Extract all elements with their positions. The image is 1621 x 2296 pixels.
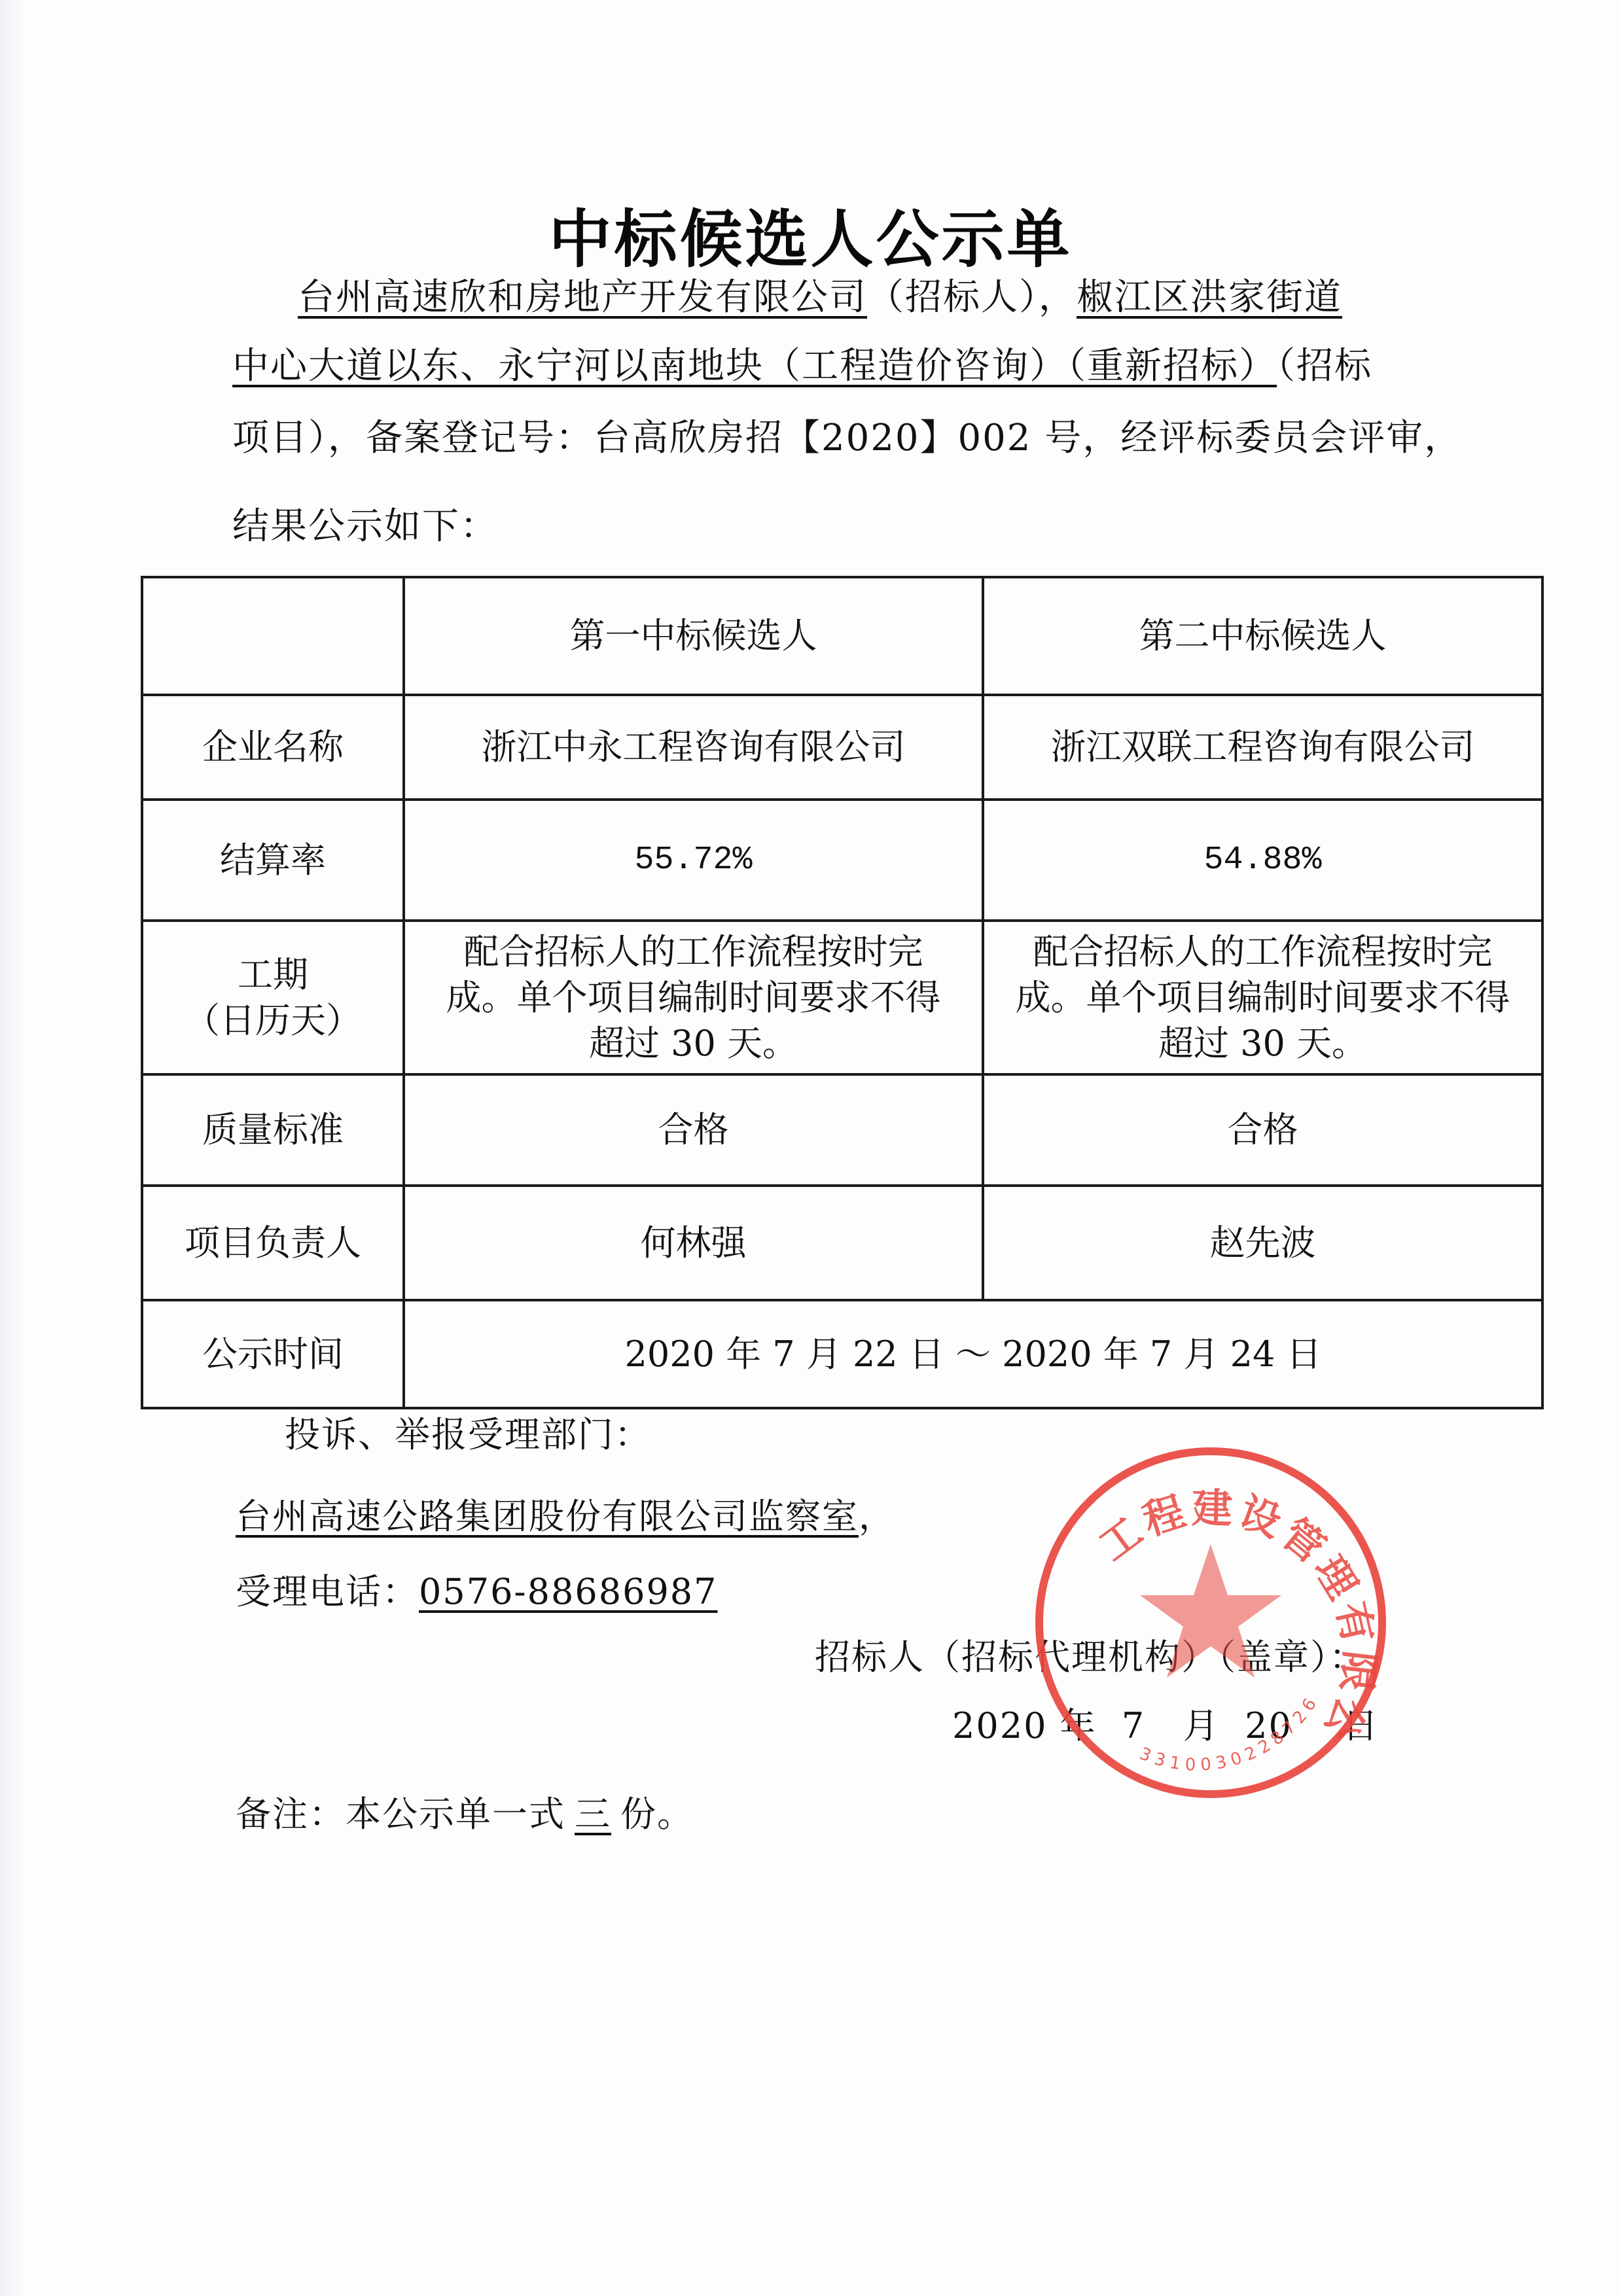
first-duration: 配合招标人的工作流程按时完 成。单个项目编制时间要求不得 超过 30 天。 [404, 921, 983, 1074]
header-empty-cell [142, 577, 404, 695]
second-duration-line2: 成。单个项目编制时间要求不得 [997, 975, 1528, 1021]
second-company-name: 浙江双联工程咨询有限公司 [983, 695, 1542, 800]
first-quality: 合格 [404, 1074, 983, 1186]
duration-label-line1: 工期 [156, 952, 389, 998]
candidates-table: 第一中标候选人 第二中标候选人 企业名称 浙江中永工程咨询有限公司 浙江双联工程… [141, 576, 1544, 1409]
phone-label: 受理电话： [236, 1571, 419, 1612]
intro-line-2: 中心大道以东、永宁河以南地块（工程造价咨询）（重新招标）（招标 [232, 344, 1372, 389]
complaint-heading: 投诉、举报受理部门： [285, 1407, 651, 1457]
project-suffix: （招标 [1277, 345, 1372, 387]
second-duration-line1: 配合招标人的工作流程按时完 [997, 929, 1528, 975]
note-suffix: 份。 [620, 1793, 694, 1835]
tenderer-suffix: （招标人）， [867, 276, 1077, 319]
header-first-candidate: 第一中标候选人 [404, 577, 983, 695]
phone-number: 0576-88686987 [419, 1571, 718, 1612]
table-row: 企业名称 浙江中永工程咨询有限公司 浙江双联工程咨询有限公司 [142, 695, 1542, 800]
row-label-quality: 质量标准 [142, 1074, 404, 1186]
publicity-period: 2020 年 7 月 22 日 ～ 2020 年 7 月 24 日 [404, 1300, 1542, 1408]
signature-date: 2020 年 7 月 20 日 [952, 1698, 1379, 1748]
first-company-name: 浙江中永工程咨询有限公司 [404, 695, 983, 800]
row-label-rate: 结算率 [142, 800, 404, 921]
table-row: 质量标准 合格 合格 [142, 1074, 1542, 1186]
first-duration-line2: 成。单个项目编制时间要求不得 [418, 975, 969, 1021]
table-row: 公示时间 2020 年 7 月 22 日 ～ 2020 年 7 月 24 日 [142, 1300, 1542, 1408]
company-seal-icon: 工程建设管理有限公司 3310030228726 [1027, 1439, 1394, 1806]
tenderer-name: 台州高速欣和房地产开发有限公司 [298, 276, 867, 319]
note-prefix: 备注：本公示单一式 [236, 1793, 565, 1835]
note-copies: 三 [565, 1793, 620, 1835]
first-settlement-rate: 55.72% [404, 800, 983, 921]
table-row: 结算率 55.72% 54.88% [142, 800, 1542, 921]
row-label-company: 企业名称 [142, 695, 404, 800]
document-title: 中标候选人公示单 [0, 190, 1621, 279]
first-manager: 何林强 [404, 1186, 983, 1300]
header-second-candidate: 第二中标候选人 [983, 577, 1542, 695]
second-duration-line3: 超过 30 天。 [997, 1021, 1528, 1067]
table-row: 项目负责人 何林强 赵先波 [142, 1186, 1542, 1300]
intro-line-1: 台州高速欣和房地产开发有限公司（招标人），椒江区洪家街道 [298, 275, 1342, 321]
first-duration-line3: 超过 30 天。 [418, 1021, 969, 1067]
second-quality: 合格 [983, 1074, 1542, 1186]
complaint-phone-line: 受理电话：0576-88686987 [236, 1564, 718, 1614]
note-line: 备注：本公示单一式三份。 [236, 1786, 694, 1837]
row-label-manager: 项目负责人 [142, 1186, 404, 1300]
row-label-period: 公示时间 [142, 1300, 404, 1408]
first-duration-line1: 配合招标人的工作流程按时完 [418, 929, 969, 975]
second-duration: 配合招标人的工作流程按时完 成。单个项目编制时间要求不得 超过 30 天。 [983, 921, 1542, 1074]
table-header-row: 第一中标候选人 第二中标候选人 [142, 577, 1542, 695]
complaint-department: 台州高速公路集团股份有限公司监察室 [236, 1496, 859, 1537]
row-label-duration: 工期 （日历天） [142, 921, 404, 1074]
project-name-part2: 中心大道以东、永宁河以南地块（工程造价咨询）（重新招标） [232, 345, 1277, 387]
project-name-part1: 椒江区洪家街道 [1077, 276, 1342, 319]
second-manager: 赵先波 [983, 1186, 1542, 1300]
signature-label: 招标人（招标代理机构）（盖章）： [815, 1629, 1366, 1680]
complaint-department-line: 台州高速公路集团股份有限公司监察室， [236, 1489, 895, 1539]
intro-line-3: 项目），备案登记号：台高欣房招【2020】002 号，经评标委员会评审， [232, 415, 1462, 461]
second-settlement-rate: 54.88% [983, 800, 1542, 921]
department-suffix: ， [859, 1496, 895, 1537]
document-page: 中标候选人公示单 台州高速欣和房地产开发有限公司（招标人），椒江区洪家街道 中心… [0, 0, 1621, 2296]
intro-line-4: 结果公示如下： [232, 504, 498, 550]
scan-edge-shadow [0, 0, 26, 2296]
duration-label-line2: （日历天） [156, 998, 389, 1044]
table-row: 工期 （日历天） 配合招标人的工作流程按时完 成。单个项目编制时间要求不得 超过… [142, 921, 1542, 1074]
